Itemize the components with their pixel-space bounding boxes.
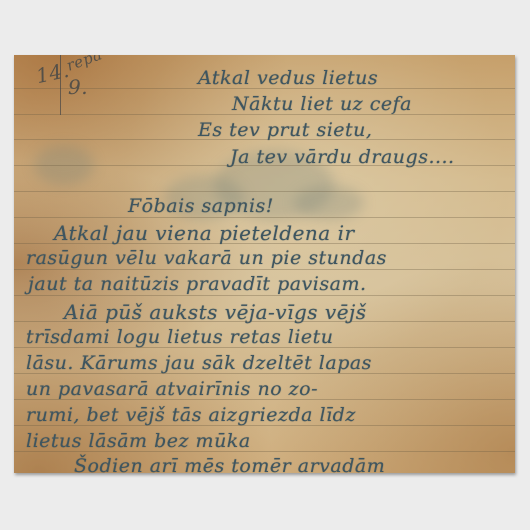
body-line: rasūgun vēlu vakarā un pie stundas — [26, 247, 387, 269]
ruled-line — [14, 269, 515, 270]
poem-line: Ja tev vārdu draugs.... — [230, 146, 455, 168]
body-line: trīsdami logu lietus retas lietu — [26, 326, 334, 348]
body-line: jaut ta naitūzis pravadīt pavisam. — [28, 273, 367, 295]
body-line: lāsu. Kārums jau sāk dzeltēt lapas — [26, 352, 372, 374]
poem-line: Es tev prut sietu, — [198, 119, 372, 141]
ruled-line — [14, 295, 515, 296]
body-line: lietus lāsām bez mūka — [26, 430, 251, 452]
ruled-line — [14, 217, 515, 218]
poem-line: Nāktu liet uz cefa — [232, 93, 412, 115]
entry-heading: Fōbais sapnis! — [128, 195, 274, 217]
body-line: Aiā pūš auksts vēja-vīgs vējš — [64, 300, 367, 324]
date-month-bottom: 9. — [68, 75, 88, 99]
body-line: Atkal jau viena pieteldena ir — [54, 221, 355, 245]
body-line: rumi, bet vējš tās aizgriezda līdz — [26, 404, 356, 426]
poem-line: Atkal vedus lietus — [198, 67, 378, 89]
ruled-line — [14, 191, 515, 192]
body-line: Šodien arī mēs tomēr arvadām — [74, 455, 385, 473]
date-month-top: repa — [64, 55, 105, 75]
diary-page: 14. repa 9. Atkal vedus lietus Nāktu lie… — [14, 55, 515, 473]
body-line: un pavasarā atvairīnis no zo- — [26, 378, 318, 400]
